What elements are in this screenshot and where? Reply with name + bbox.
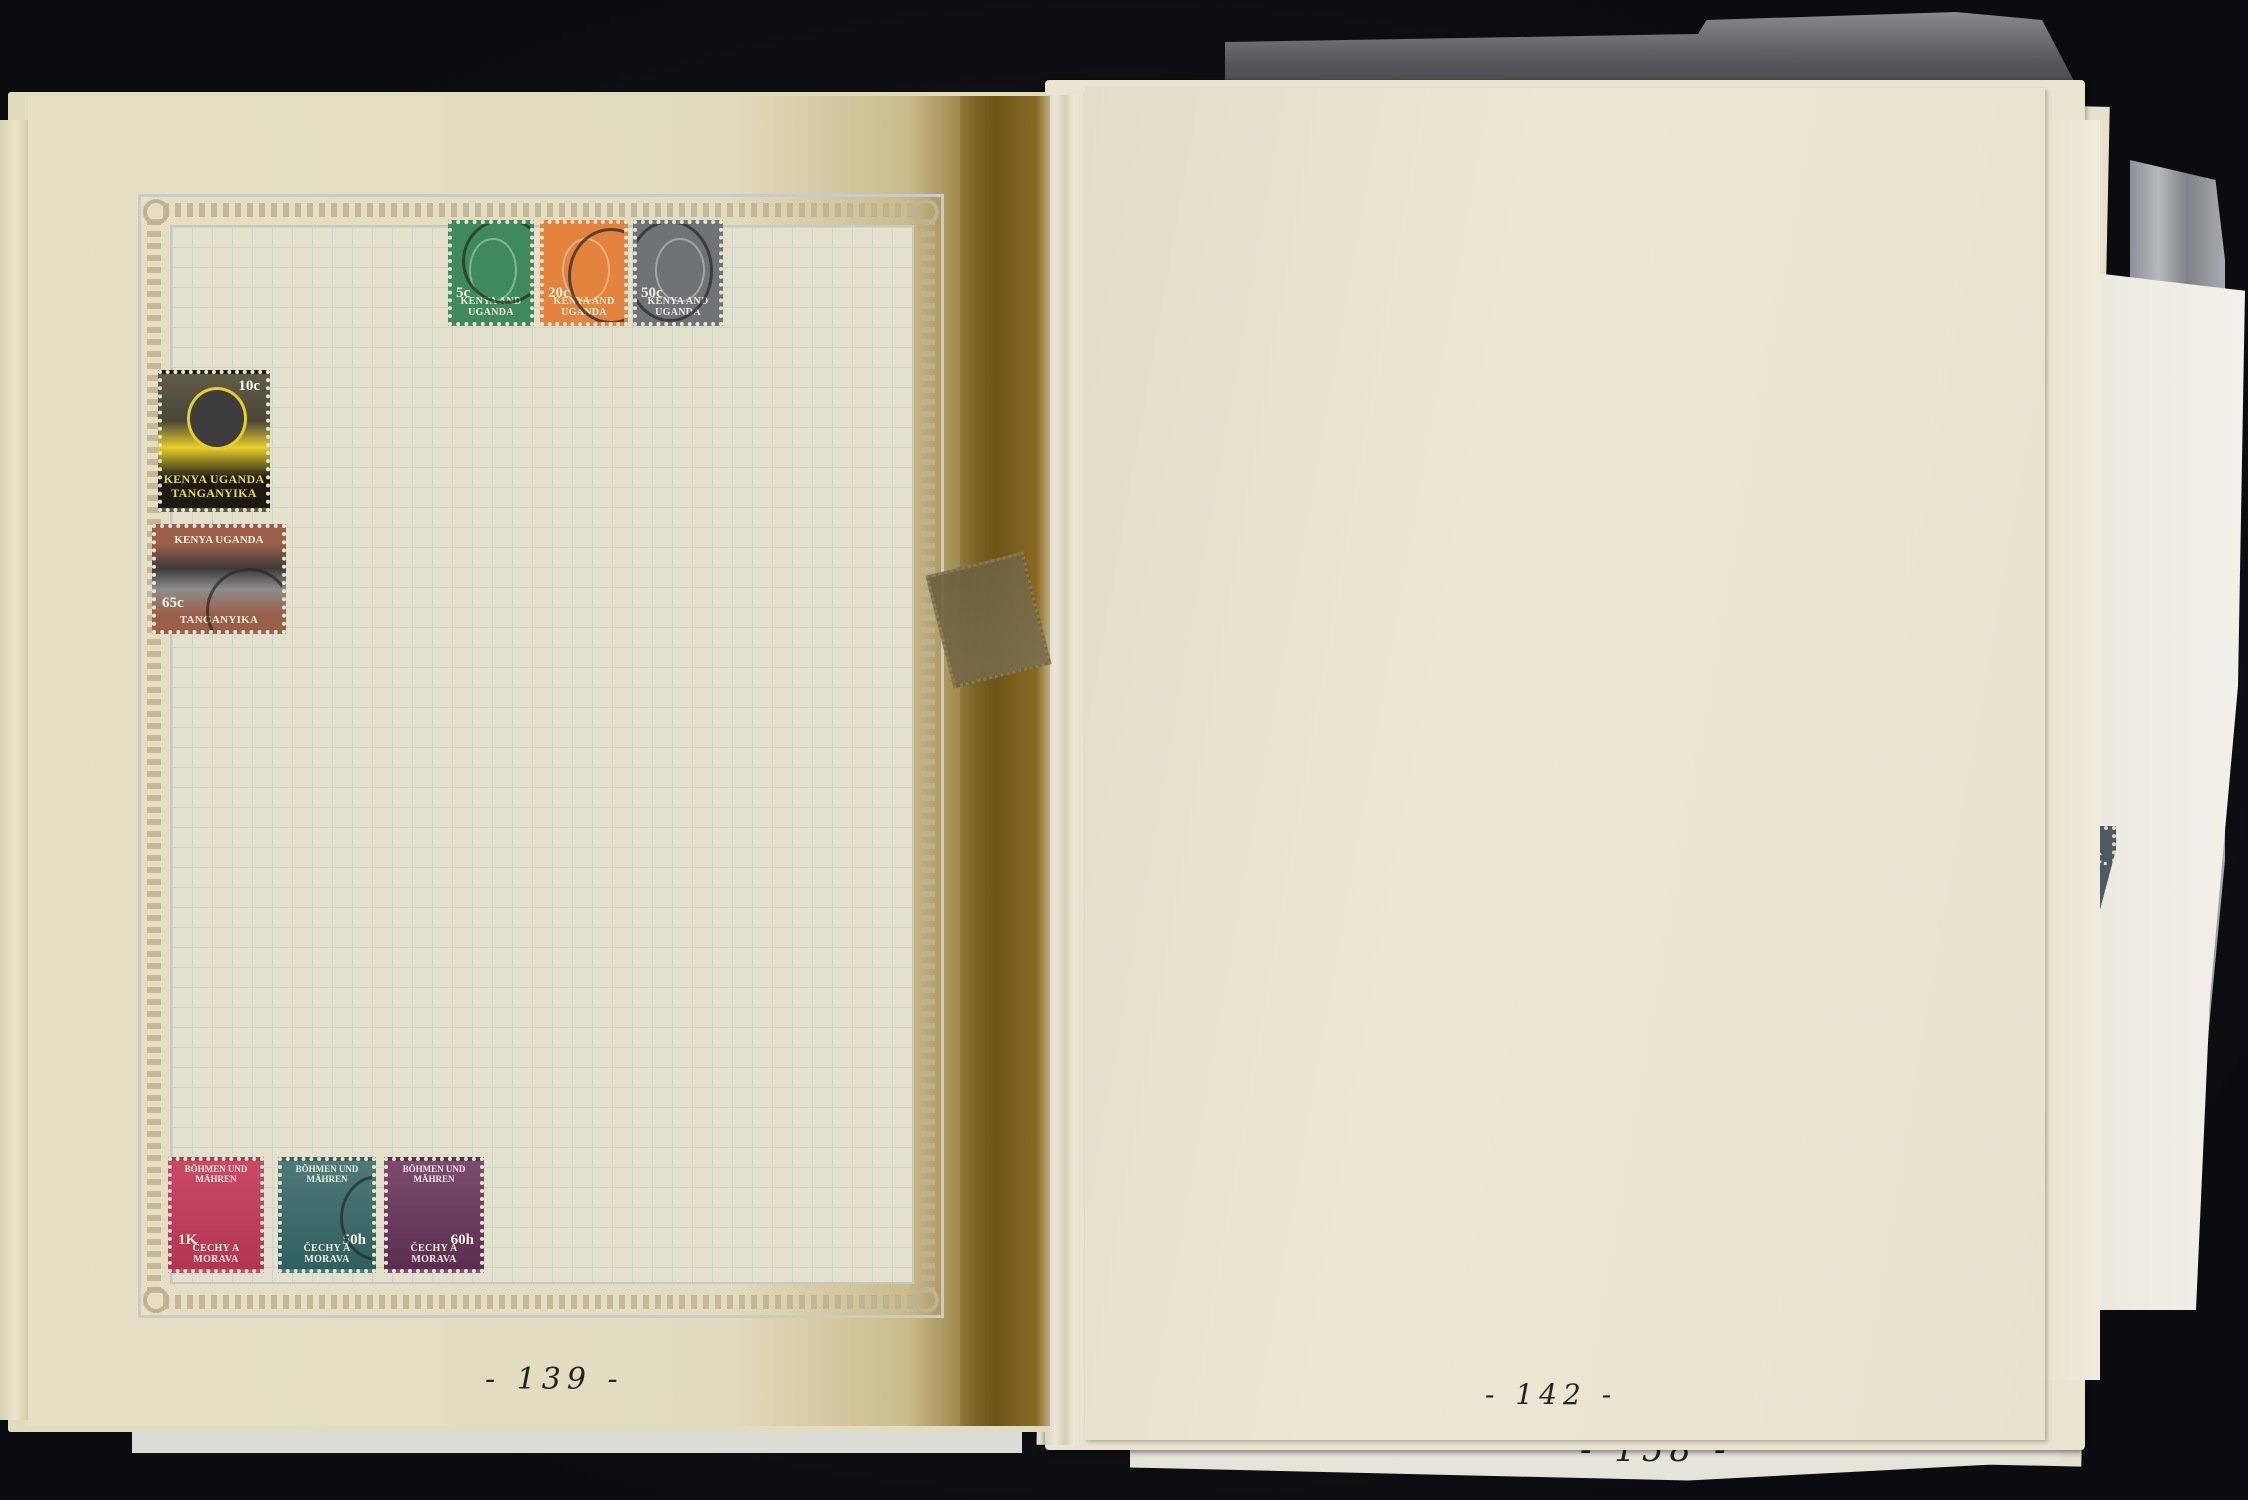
book-gutter (960, 96, 1050, 1426)
frame-border-top (163, 203, 919, 217)
page-number-139: - 139 - (485, 1362, 624, 1397)
left-page-edges (0, 120, 30, 1420)
stamp-bohmen-mahren-1k: BÖHMEN UND MÄHREN 1K ČECHY A MORAVA (168, 1157, 264, 1273)
frame-border-bottom (163, 1295, 919, 1309)
stamp-kenya-uganda-50c: 50c KENYA AND UGANDA (633, 220, 723, 326)
rosette-icon (913, 199, 939, 225)
stamp-kut-kilimanjaro-65c: KENYA UGANDA 65c TANGANYIKA (152, 524, 286, 634)
king-portrait-icon (187, 387, 247, 449)
stamp-kut-lion-10c: 10c KENYA UGANDA TANGANYIKA (158, 370, 270, 512)
rosette-icon (913, 1287, 939, 1313)
postmark (462, 220, 534, 304)
postmark (206, 568, 286, 634)
stamp-kenya-uganda-20c: 20c KENYA AND UGANDA (540, 220, 628, 326)
page-number-142: - 142 - (1485, 1378, 1617, 1411)
rosette-icon (143, 199, 169, 225)
rosette-icon (143, 1287, 169, 1313)
stamp-bohmen-mahren-60h: BÖHMEN UND MÄHREN 60h ČECHY A MORAVA (384, 1157, 484, 1273)
frame-border-right (921, 219, 935, 1293)
quadrille-grid (170, 225, 914, 1284)
stamp-kenya-uganda-5c: 5c KENYA AND UGANDA (448, 220, 534, 326)
stamp-bohmen-mahren-50h: BÖHMEN UND MÄHREN 50h ČECHY A MORAVA (278, 1157, 376, 1273)
right-page: - 142 - (1085, 88, 2045, 1440)
